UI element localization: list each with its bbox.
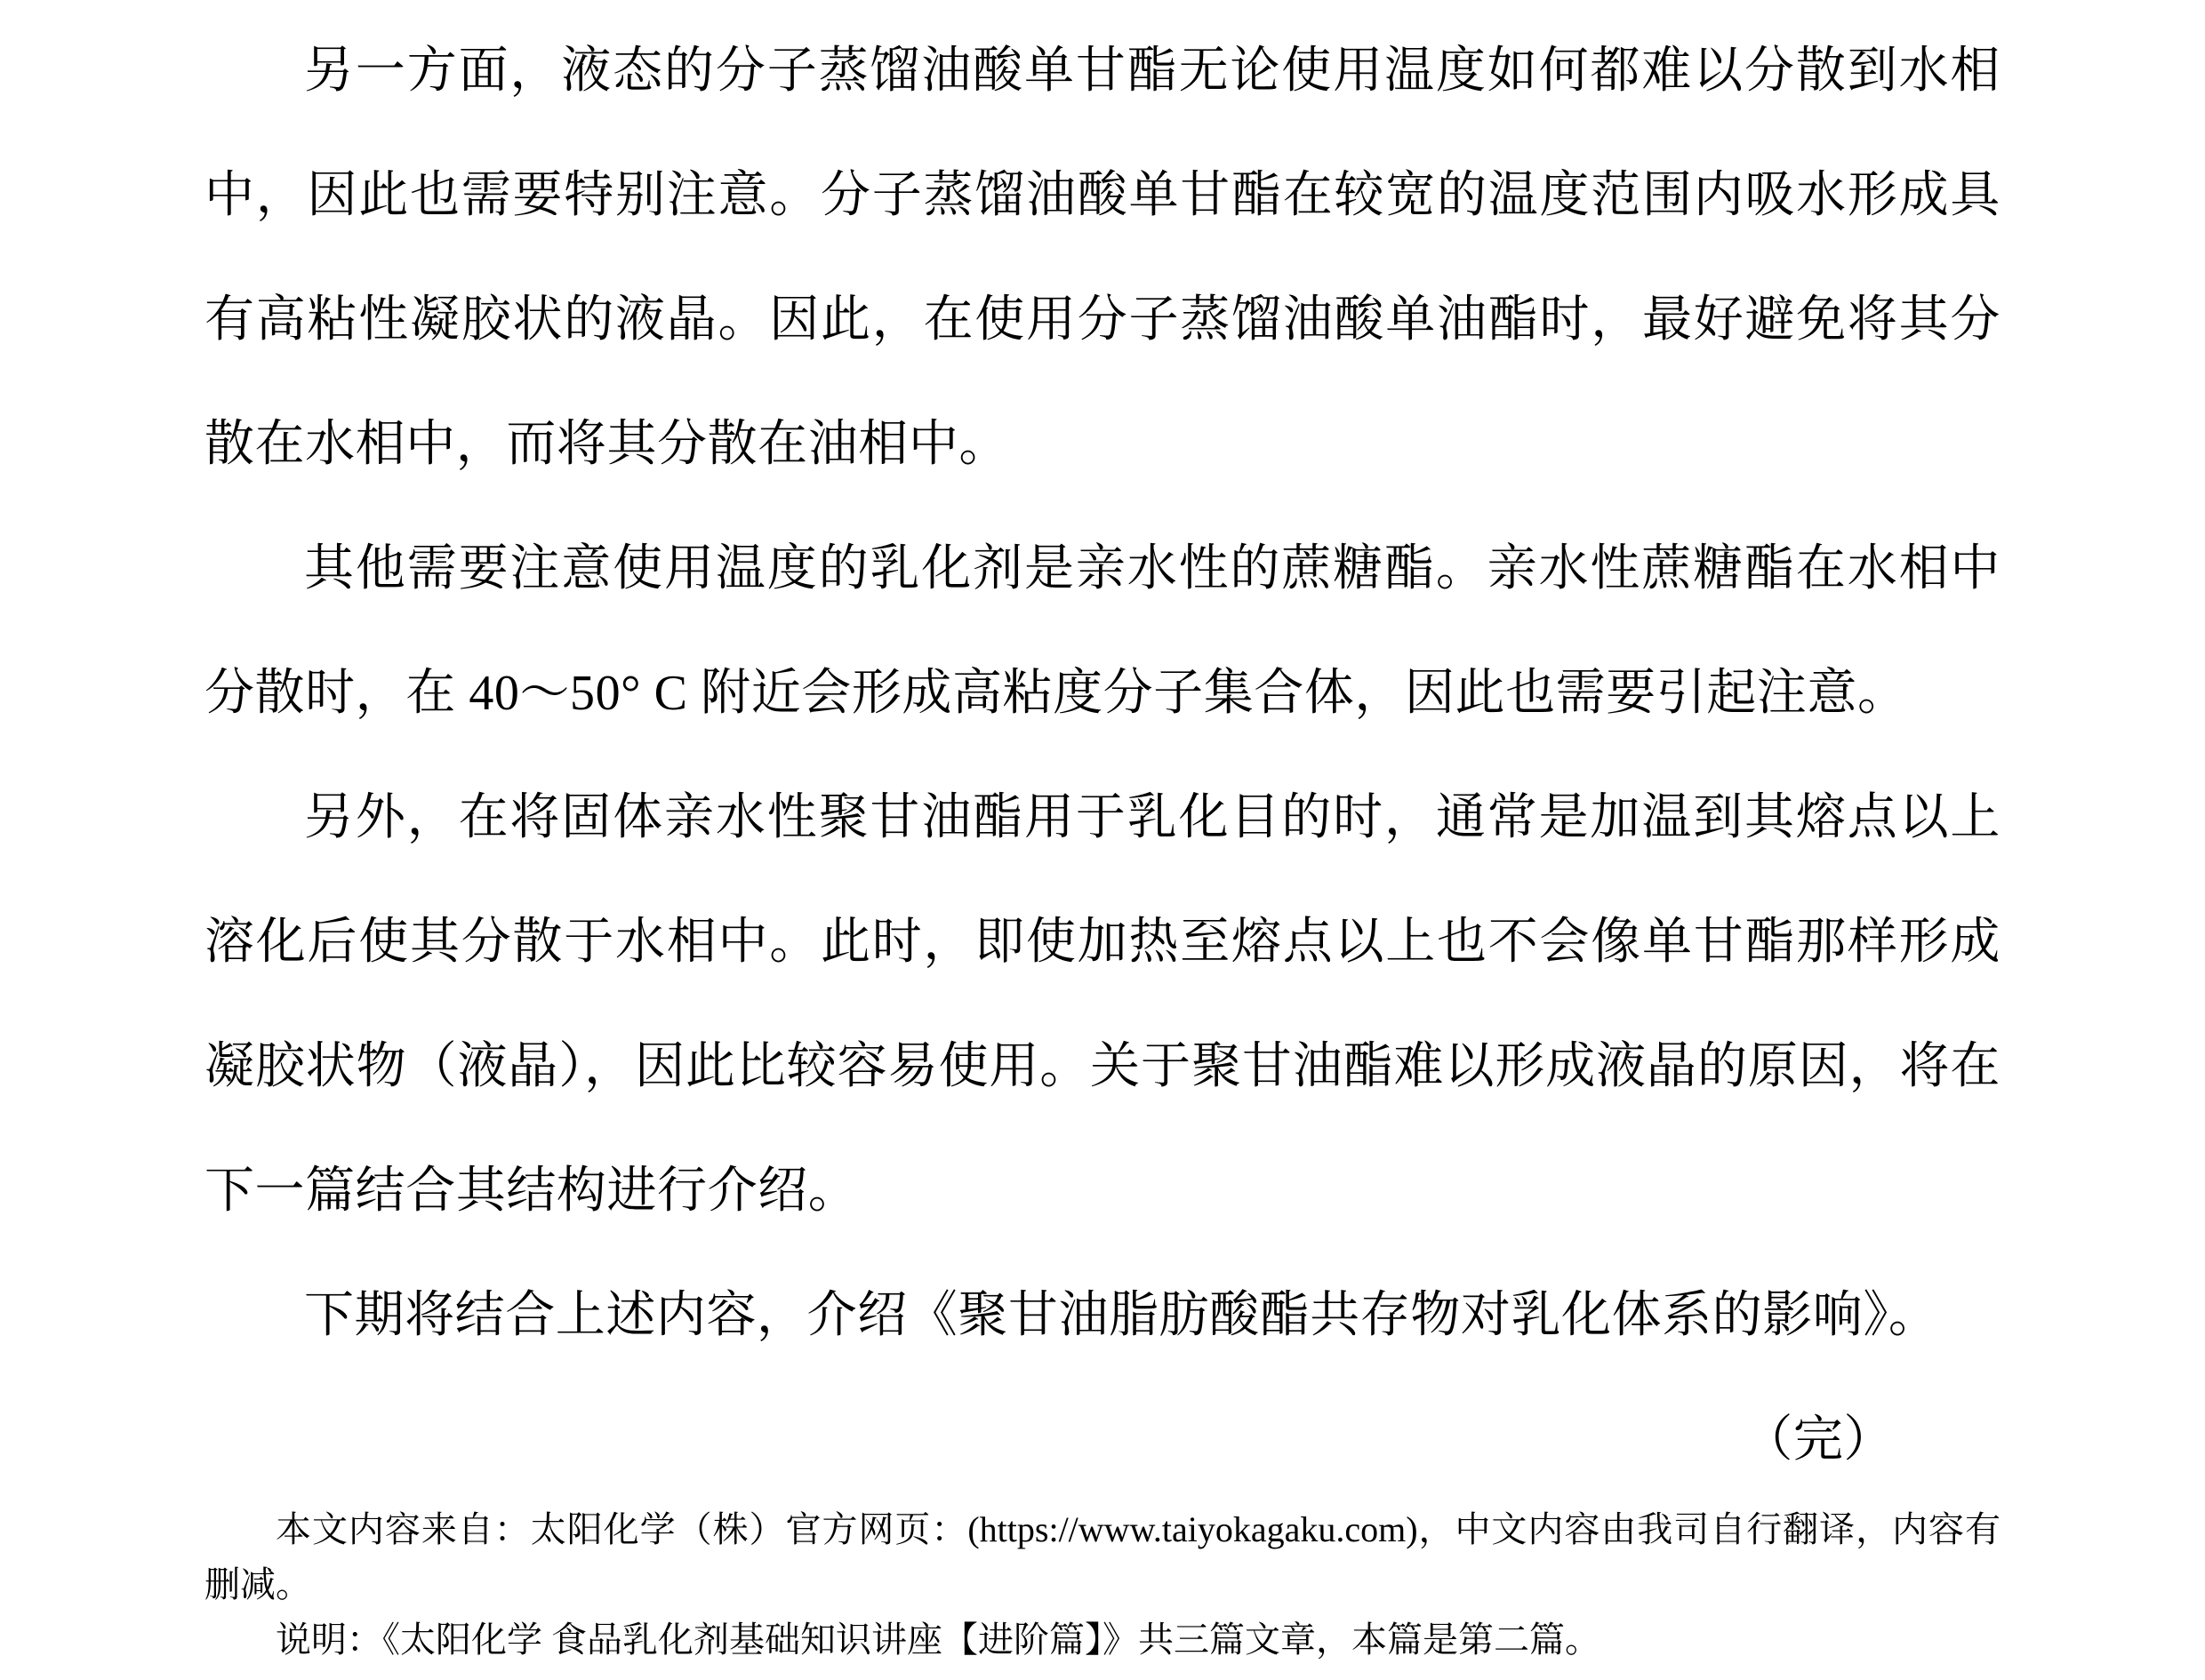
end-mark: （完）	[204, 1378, 2001, 1502]
body-paragraph: 其他需要注意使用温度的乳化剂是亲水性的蔗糖酯。亲水性蔗糖酯在水相中分散时，在 4…	[204, 507, 2001, 756]
article-body: 另一方面，液态的分子蒸馏油酸单甘酯无论使用温度如何都难以分散到水相中，因此也需要…	[204, 9, 2001, 1502]
body-paragraph: 另一方面，液态的分子蒸馏油酸单甘酯无论使用温度如何都难以分散到水相中，因此也需要…	[204, 9, 2001, 507]
article-footer: 本文内容来自：太阳化学（株）官方网页：(https://www.taiyokag…	[204, 1502, 2001, 1668]
body-paragraph: 另外，在将固体亲水性聚甘油酯用于乳化目的时，通常是加温到其熔点以上溶化后使其分散…	[204, 756, 2001, 1253]
footer-source-note: 本文内容来自：太阳化学（株）官方网页：(https://www.taiyokag…	[204, 1502, 2001, 1612]
document-page: 另一方面，液态的分子蒸馏油酸单甘酯无论使用温度如何都难以分散到水相中，因此也需要…	[0, 0, 2205, 1680]
footer-series-note: 说明：《太阳化学 食品乳化剂基础知识讲座【进阶篇】》共三篇文章，本篇是第二篇。	[204, 1612, 2001, 1668]
body-paragraph: 下期将结合上述内容，介绍《聚甘油脂肪酸酯共存物对乳化体系的影响》。	[204, 1253, 2001, 1378]
